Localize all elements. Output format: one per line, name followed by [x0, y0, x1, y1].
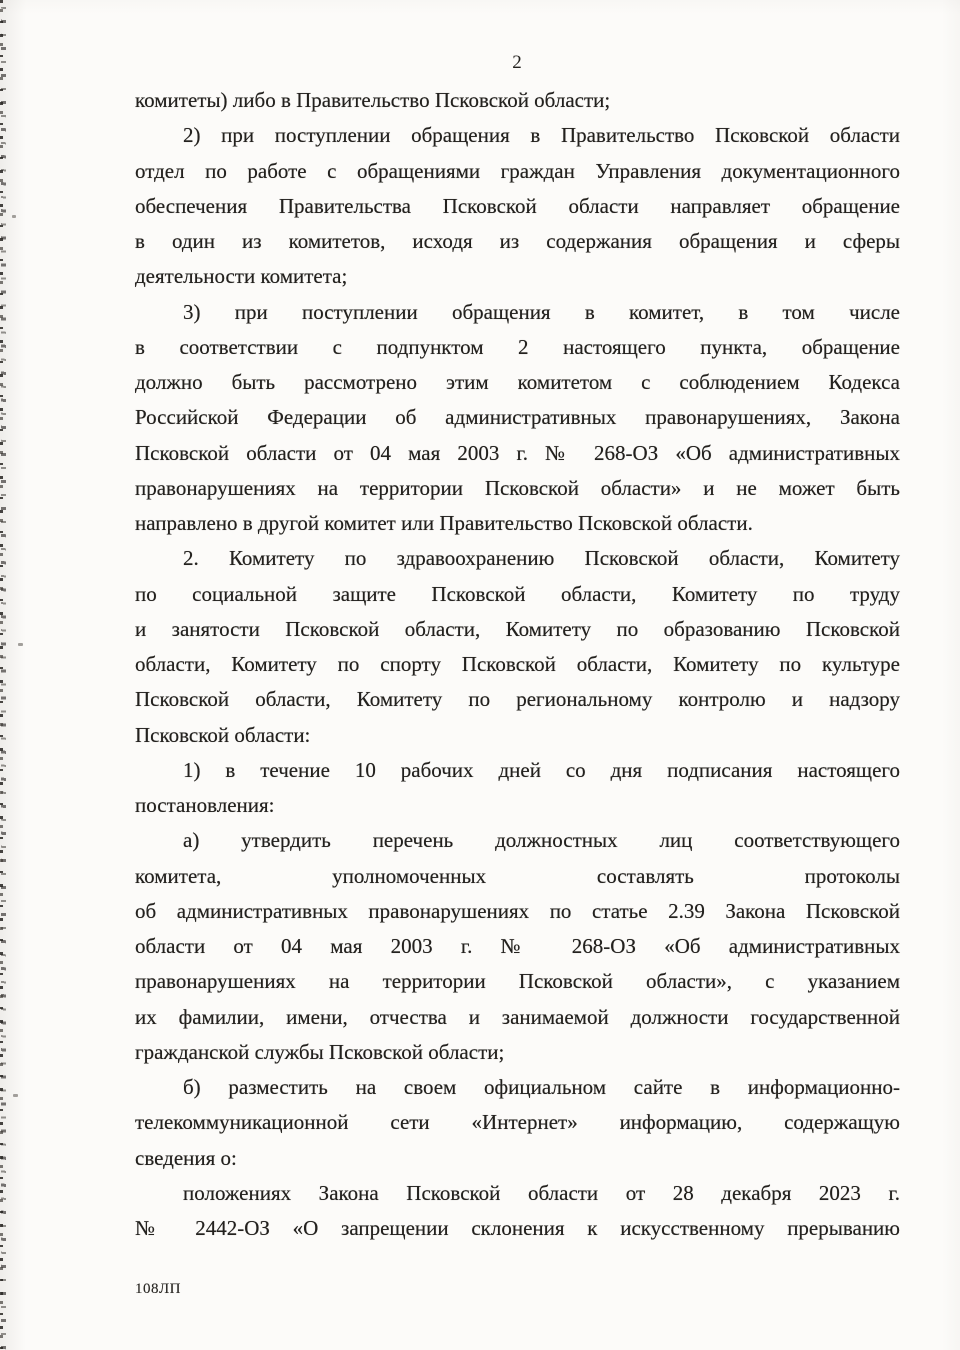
text-line: в один из комитетов, исходя из содержани… — [135, 224, 900, 259]
footer-registration-code: 108ЛП — [135, 1281, 181, 1298]
text-line: 2) при поступлении обращения в Правитель… — [135, 118, 900, 153]
text-line: сведения о: — [135, 1141, 900, 1176]
text-line: положениях Закона Псковской области от 2… — [135, 1176, 900, 1211]
text-line: постановления: — [135, 788, 900, 823]
text-line: Псковской области от 04 мая 2003 г. № 26… — [135, 436, 900, 471]
text-line: Псковской области, Комитету по региональ… — [135, 682, 900, 717]
text-line: 3) при поступлении обращения в комитет, … — [135, 295, 900, 330]
text-line: гражданской службы Псковской области; — [135, 1035, 900, 1070]
text-line: об административных правонарушениях по с… — [135, 894, 900, 929]
text-line: телекоммуникационной сети «Интернет» инф… — [135, 1105, 900, 1140]
scan-speck — [13, 1094, 18, 1097]
text-line: их фамилии, имени, отчества и занимаемой… — [135, 1000, 900, 1035]
document-body-text: комитеты) либо в Правительство Псковской… — [135, 83, 900, 1246]
text-line: отдел по работе с обращениями граждан Уп… — [135, 154, 900, 189]
text-line: по социальной защите Псковской области, … — [135, 577, 900, 612]
text-line: деятельности комитета; — [135, 259, 900, 294]
scanned-document-page: 2 комитеты) либо в Правительство Псковск… — [0, 0, 960, 1350]
text-line: направлено в другой комитет или Правител… — [135, 506, 900, 541]
text-line: комитеты) либо в Правительство Псковской… — [135, 83, 900, 118]
text-line: правонарушениях на территории Псковской … — [135, 964, 900, 999]
text-line: области, Комитету по спорту Псковской об… — [135, 647, 900, 682]
text-line: Российской Федерации об административных… — [135, 400, 900, 435]
text-line: области от 04 мая 2003 г. № 268-ОЗ «Об а… — [135, 929, 900, 964]
text-line: правонарушениях на территории Псковской … — [135, 471, 900, 506]
text-line: обеспечения Правительства Псковской обла… — [135, 189, 900, 224]
text-line: Псковской области: — [135, 718, 900, 753]
text-line: 2. Комитету по здравоохранению Псковской… — [135, 541, 900, 576]
text-line: 1) в течение 10 рабочих дней со дня подп… — [135, 753, 900, 788]
text-line: № 2442-ОЗ «О запрещении склонения к иску… — [135, 1211, 900, 1246]
scan-binding-edge — [0, 0, 7, 1350]
scan-speck — [18, 643, 23, 646]
text-line: б) разместить на своем официальном сайте… — [135, 1070, 900, 1105]
text-line: комитета, уполномоченных составлять прот… — [135, 859, 900, 894]
text-line: в соответствии с подпунктом 2 настоящего… — [135, 330, 900, 365]
text-line: должно быть рассмотрено этим комитетом с… — [135, 365, 900, 400]
text-line: а) утвердить перечень должностных лиц со… — [135, 823, 900, 858]
scan-speck — [12, 215, 16, 218]
page-number: 2 — [135, 52, 900, 74]
text-line: и занятости Псковской области, Комитету … — [135, 612, 900, 647]
